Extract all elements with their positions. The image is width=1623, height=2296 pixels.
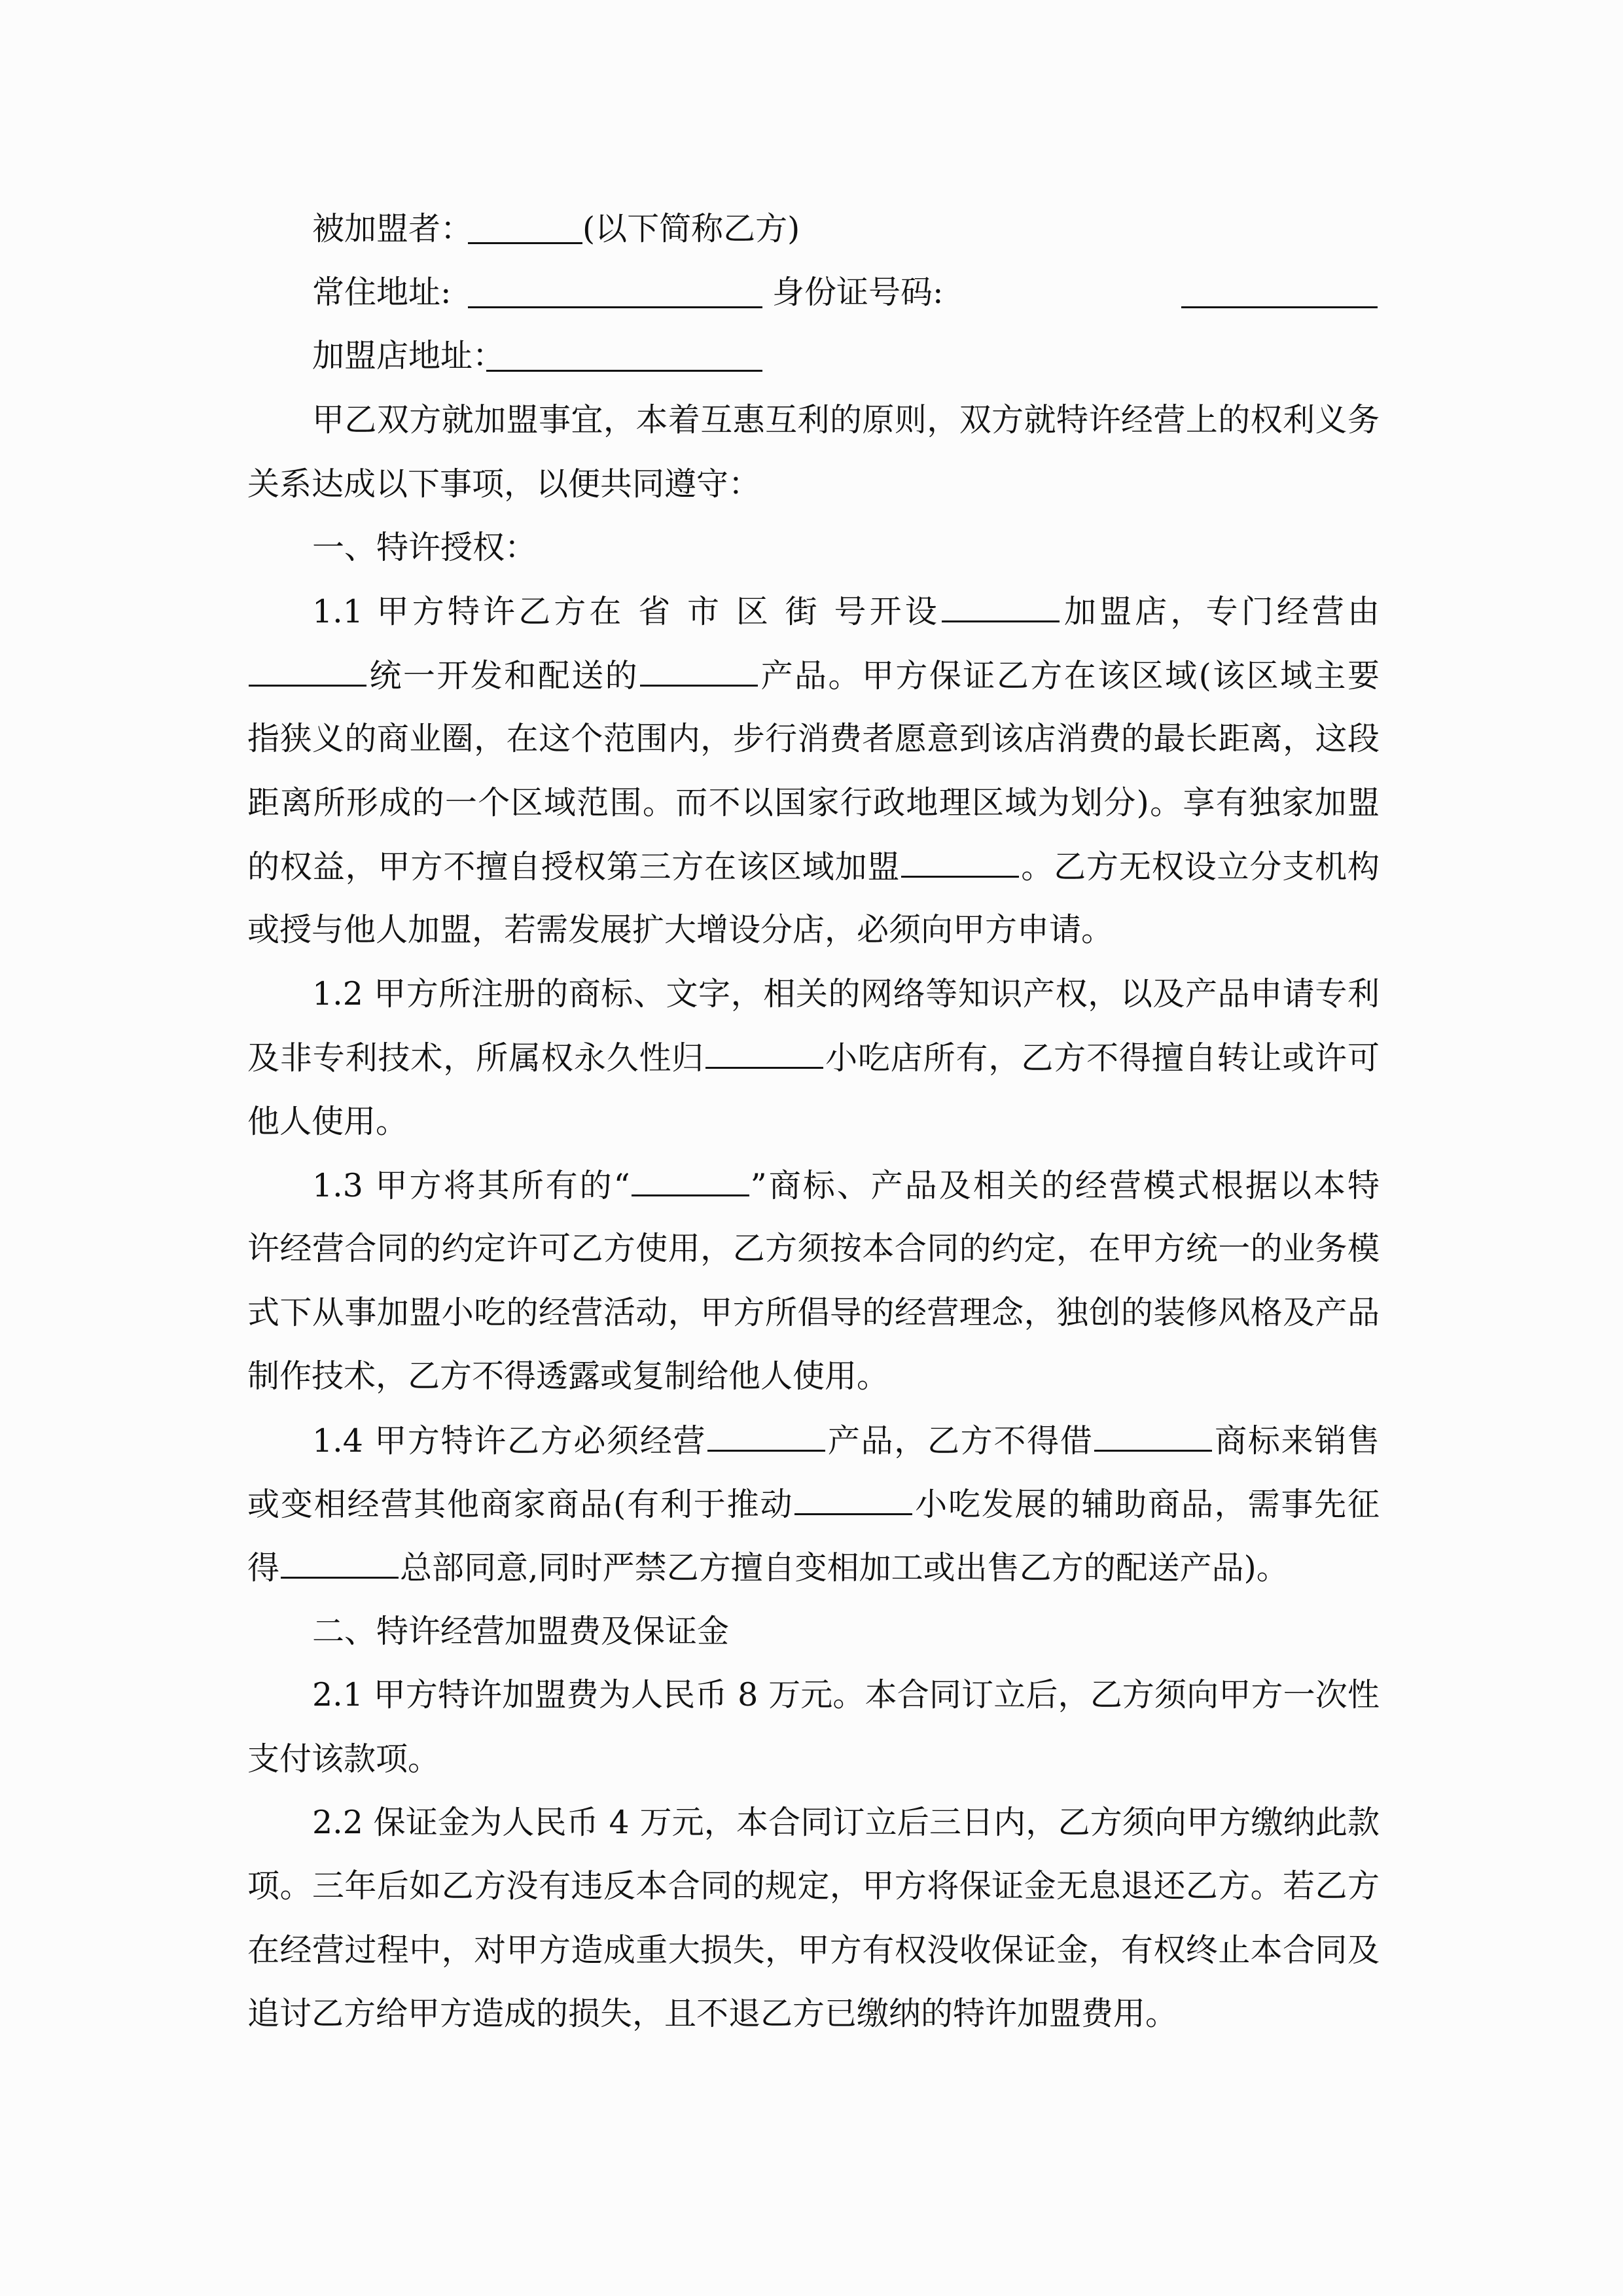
fill-in-blank[interactable] — [705, 1038, 823, 1069]
text-segment: 2.2 保证金为人民币 4 万元，本合同订立后三日内，乙方须向甲方缴纳此款 — [312, 1804, 1380, 1841]
fill-in-blank[interactable] — [707, 1421, 825, 1452]
clause-1-2-line: 及非专利技术，所属权永久性归小吃店所有，乙方不得擅自转让或许可 — [247, 1038, 1380, 1102]
text-segment: 。乙方无权设立分支机构 — [1020, 848, 1380, 886]
section-heading-2: 二、特许经营加盟费及保证金 — [312, 1612, 1380, 1676]
address-field[interactable] — [468, 306, 762, 308]
clause-1-3-line: 许经营合同的约定许可乙方使用，乙方须按本合同的约定，在甲方统一的业务模 — [247, 1229, 1380, 1293]
text-segment: 甲乙双方就加盟事宜，本着互惠互利的原则，双方就特许经营上的权利义务 — [312, 401, 1380, 439]
clause-2-2-line: 2.2 保证金为人民币 4 万元，本合同订立后三日内，乙方须向甲方缴纳此款 — [312, 1803, 1380, 1867]
text-segment: 1.1 甲方特许乙方在 省 市 区 街 号开设 — [312, 593, 940, 630]
id-number-field[interactable] — [1181, 306, 1378, 308]
text-segment: 1.3 甲方将其所有的“ — [312, 1167, 630, 1204]
text-segment: 制作技术，乙方不得透露或复制给他人使用。 — [247, 1357, 889, 1395]
fill-in-blank[interactable] — [640, 656, 758, 687]
address-label: 常住地址: — [312, 273, 452, 312]
id-number-label: 身份证号码: — [772, 273, 944, 312]
text-segment: 二、特许经营加盟费及保证金 — [312, 1613, 729, 1650]
franchisee-name-field[interactable] — [468, 242, 582, 244]
document-page: 被加盟者： (以下简称乙方) 常住地址: 身份证号码: 加盟店地址： 甲乙双方就… — [0, 0, 1623, 2296]
text-segment: 的权益，甲方不擅自授权第三方在该区域加盟 — [247, 848, 900, 886]
clause-2-1-line: 支付该款项。 — [247, 1740, 1380, 1803]
text-segment: 商标来销售 — [1213, 1422, 1380, 1460]
clause-1-3-line: 式下从事加盟小吃的经营活动，甲方所倡导的经营理念，独创的装修风格及产品 — [247, 1293, 1380, 1357]
fill-in-blank[interactable] — [1094, 1421, 1212, 1452]
clause-1-4-line: 1.4 甲方特许乙方必须经营产品，乙方不得借商标来销售 — [312, 1421, 1380, 1484]
fill-in-blank[interactable] — [281, 1548, 399, 1579]
clause-2-2-line: 在经营过程中，对甲方造成重大损失，甲方有权没收保证金，有权终止本合同及 — [247, 1931, 1380, 1994]
text-segment: 一、特许授权： — [312, 529, 537, 566]
text-segment: 在经营过程中，对甲方造成重大损失，甲方有权没收保证金，有权终止本合同及 — [247, 1931, 1380, 1969]
clause-1-3-line: 制作技术，乙方不得透露或复制给他人使用。 — [247, 1357, 1380, 1420]
clause-1-1-line: 1.1 甲方特许乙方在 省 市 区 街 号开设加盟店，专门经营由 — [312, 592, 1380, 655]
fill-in-blank[interactable] — [632, 1166, 749, 1196]
store-address-label: 加盟店地址： — [312, 336, 505, 376]
section-heading-1: 一、特许授权： — [312, 528, 1380, 592]
clause-1-1-line: 指狭义的商业圈，在这个范围内，步行消费者愿意到该店消费的最长距离，这段 — [247, 719, 1380, 783]
text-segment: 加盟店，专门经营由 — [1061, 593, 1380, 630]
preamble-line: 关系达成以下事项，以便共同遵守： — [247, 465, 1380, 528]
text-segment: 小吃发展的辅助商品，需事先征 — [914, 1486, 1380, 1523]
clause-1-1-line: 的权益，甲方不擅自授权第三方在该区域加盟。乙方无权设立分支机构 — [247, 847, 1380, 910]
clause-1-3-line: 1.3 甲方将其所有的“”商标、产品及相关的经营模式根据以本特 — [312, 1166, 1380, 1229]
text-segment: 支付该款项。 — [247, 1740, 440, 1778]
preamble-line: 甲乙双方就加盟事宜，本着互惠互利的原则，双方就特许经营上的权利义务 — [312, 401, 1380, 464]
text-segment: 式下从事加盟小吃的经营活动，甲方所倡导的经营理念，独创的装修风格及产品 — [247, 1294, 1380, 1331]
clause-1-1-line: 或授与他人加盟，若需发展扩大增设分店，必须向甲方申请。 — [247, 910, 1380, 974]
clause-1-2-line: 1.2 甲方所注册的商标、文字，相关的网络等知识产权，以及产品申请专利 — [312, 975, 1380, 1038]
clause-1-1-line: 距离所形成的一个区域范围。而不以国家行政地理区域为划分)。享有独家加盟 — [247, 783, 1380, 847]
text-segment: 或授与他人加盟，若需发展扩大增设分店，必须向甲方申请。 — [247, 911, 1113, 948]
clause-2-2-line: 追讨乙方给甲方造成的损失，且不退乙方已缴纳的特许加盟费用。 — [247, 1994, 1380, 2058]
clause-1-4-line: 得总部同意,同时严禁乙方擅自变相加工或出售乙方的配送产品)。 — [247, 1548, 1380, 1611]
text-segment: 或变相经营其他商家商品(有利于推动 — [247, 1486, 793, 1523]
text-segment: 关系达成以下事项，以便共同遵守： — [247, 465, 760, 503]
text-segment: 1.4 甲方特许乙方必须经营 — [312, 1422, 706, 1460]
text-segment: 及非专利技术，所属权永久性归 — [247, 1039, 704, 1077]
text-segment: 小吃店所有，乙方不得擅自转让或许可 — [825, 1039, 1380, 1077]
text-segment: 产品。甲方保证乙方在该区域(该区域主要 — [759, 657, 1380, 694]
text-segment: ”商标、产品及相关的经营模式根据以本特 — [751, 1167, 1380, 1204]
text-segment: 统一开发和配送的 — [368, 657, 639, 694]
text-segment: 2.1 甲方特许加盟费为人民币 8 万元。本合同订立后，乙方须向甲方一次性 — [312, 1676, 1380, 1713]
text-segment: 许经营合同的约定许可乙方使用，乙方须按本合同的约定，在甲方统一的业务模 — [247, 1230, 1380, 1267]
fill-in-blank[interactable] — [249, 656, 366, 687]
fill-in-blank[interactable] — [794, 1484, 912, 1515]
text-segment: 产品，乙方不得借 — [827, 1422, 1093, 1460]
text-segment: 1.2 甲方所注册的商标、文字，相关的网络等知识产权，以及产品申请专利 — [312, 975, 1380, 1013]
text-segment: 他人使用。 — [247, 1103, 408, 1140]
clause-1-4-line: 或变相经营其他商家商品(有利于推动小吃发展的辅助商品，需事先征 — [247, 1484, 1380, 1548]
franchisee-label: 被加盟者： — [312, 209, 473, 249]
clause-2-2-line: 项。三年后如乙方没有违反本合同的规定，甲方将保证金无息退还乙方。若乙方 — [247, 1867, 1380, 1930]
franchisee-suffix: (以下简称乙方) — [582, 209, 800, 249]
fill-in-blank[interactable] — [901, 847, 1019, 878]
fill-in-blank[interactable] — [942, 592, 1060, 622]
text-segment: 项。三年后如乙方没有违反本合同的规定，甲方将保证金无息退还乙方。若乙方 — [247, 1867, 1380, 1905]
clause-1-2-line: 他人使用。 — [247, 1102, 1380, 1166]
text-segment: 距离所形成的一个区域范围。而不以国家行政地理区域为划分)。享有独家加盟 — [247, 784, 1380, 821]
store-address-field[interactable] — [486, 370, 762, 372]
clause-2-1-line: 2.1 甲方特许加盟费为人民币 8 万元。本合同订立后，乙方须向甲方一次性 — [312, 1676, 1380, 1739]
text-segment: 指狭义的商业圈，在这个范围内，步行消费者愿意到该店消费的最长距离，这段 — [247, 720, 1380, 757]
text-segment: 追讨乙方给甲方造成的损失，且不退乙方已缴纳的特许加盟费用。 — [247, 1995, 1177, 2032]
text-segment: 总部同意,同时严禁乙方擅自变相加工或出售乙方的配送产品)。 — [400, 1549, 1289, 1587]
text-segment: 得 — [247, 1549, 279, 1587]
clause-1-1-line: 统一开发和配送的产品。甲方保证乙方在该区域(该区域主要 — [247, 656, 1380, 719]
